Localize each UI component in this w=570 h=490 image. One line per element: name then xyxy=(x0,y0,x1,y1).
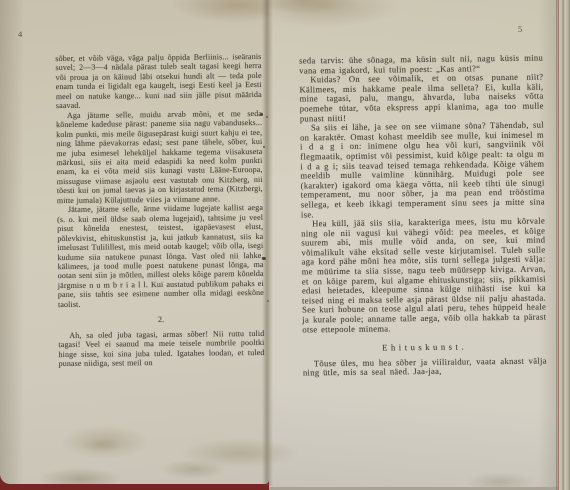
paragraph: Jätame, jätame selle, ärme viidame lugej… xyxy=(57,203,264,309)
paragraph: Kuidas? On see võimalik, et on otsas pun… xyxy=(299,73,544,124)
left-page-number: 4 xyxy=(18,29,22,39)
paragraph: Ah, sa oled juba tagasi, armas sõber! Ni… xyxy=(58,329,264,369)
paragraph: Sa siis ei lähe, ja see on see viimane s… xyxy=(300,121,545,220)
paragraph: sõber, et võib väga, väga palju õppida B… xyxy=(55,52,262,111)
paragraph: Aga jätame selle, muidu arvab mõni, et m… xyxy=(56,109,263,206)
paper-stain xyxy=(60,425,150,459)
right-page-number: 5 xyxy=(518,24,522,34)
stitch-mark xyxy=(267,300,269,302)
book-photo: 4 5 sõber, et võib väga, väga palju õppi… xyxy=(0,0,570,490)
book-gutter xyxy=(262,0,273,486)
stitch-mark xyxy=(263,146,265,148)
stitch-mark xyxy=(266,116,268,118)
paragraph: Tõuse üles, mu hea sõber ja viiliraidur,… xyxy=(303,356,547,378)
paper-stain xyxy=(180,438,300,468)
chapter-heading: Ehituskunst. xyxy=(303,342,547,355)
left-page-text: sõber, et võib väga, väga palju õppida B… xyxy=(55,52,264,369)
section-number: 2. xyxy=(58,314,264,326)
page-edges xyxy=(556,0,570,490)
paragraph: Hea küll, jää siis siia, karakteriga mee… xyxy=(301,217,546,335)
right-page-text: seda tarvis: ühe sõnaga, ma küsin sult n… xyxy=(299,54,547,379)
